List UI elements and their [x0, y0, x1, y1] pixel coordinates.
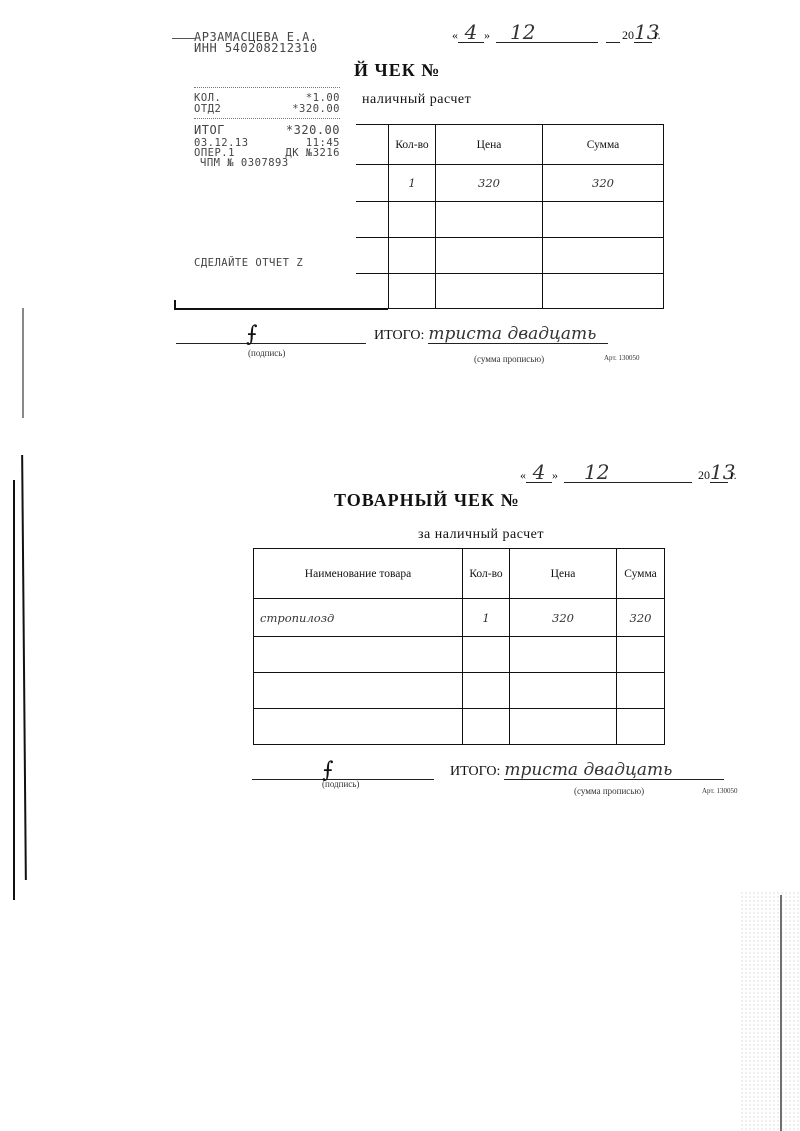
table-row	[389, 202, 664, 238]
cell-qty	[463, 709, 510, 745]
date-year-suffix: 13	[634, 22, 652, 43]
top-table-line	[356, 164, 388, 165]
receipt-dept-row: ОТД2 *320.00	[194, 104, 340, 114]
cell-sum: 320	[617, 599, 665, 637]
receipt-total-label: ИТОГ	[194, 125, 225, 135]
cell-price: 320	[510, 599, 617, 637]
receipt-inn: ИНН 540208212310	[194, 43, 318, 53]
signature-caption: (подпись)	[322, 779, 359, 789]
cell-qty	[389, 274, 436, 309]
date-close-quote: »	[484, 28, 490, 43]
signature-line: ⨍	[176, 343, 366, 344]
date-day: 4	[458, 22, 484, 43]
top-check-date: « 4 » 12 20 13 г.	[452, 22, 661, 43]
date-day: 4	[526, 462, 552, 483]
bottom-check-signature-row: ⨍ ИТОГО: триста двадцать	[252, 762, 724, 780]
receipt-qty-label: КОЛ.	[194, 93, 221, 103]
top-table-line	[356, 273, 388, 274]
top-table-corner	[174, 300, 176, 309]
total-label: ИТОГО:	[450, 764, 500, 780]
receipt-qty-row: КОЛ. *1.00	[194, 93, 340, 103]
bottom-check-subtitle: за наличный расчет	[418, 527, 544, 543]
column-header-qty: Кол-во	[463, 549, 510, 599]
bottom-check-date: « 4 » 12 20 13 г.	[520, 462, 737, 483]
top-table-line	[356, 124, 388, 125]
top-table-line	[356, 201, 388, 202]
receipt-dept-value: *320.00	[292, 104, 340, 114]
cell-price	[436, 274, 543, 309]
cell-price	[510, 673, 617, 709]
cell-price	[436, 238, 543, 274]
receipt-footer: СДЕЛАЙТЕ ОТЧЕТ Z	[194, 258, 303, 268]
article-number: Арт. 130050	[604, 354, 640, 362]
scan-noise	[740, 891, 800, 1131]
cell-sum	[543, 238, 664, 274]
top-check-title: Й ЧЕК №	[354, 60, 440, 81]
total-caption: (сумма прописью)	[574, 786, 644, 796]
cell-sum	[543, 274, 664, 309]
cell-qty	[463, 637, 510, 673]
table-row: 1 320 320	[389, 165, 664, 202]
receipt-qty-value: *1.00	[306, 93, 340, 103]
scan-edge-line	[21, 455, 27, 880]
table-header-row: Наименование товара Кол-во Цена Сумма	[254, 549, 665, 599]
date-year-suffix: 13	[710, 462, 728, 483]
cell-sum	[617, 637, 665, 673]
cell-sum	[617, 673, 665, 709]
total-words: триста двадцать	[504, 762, 724, 780]
total-label: ИТОГО:	[374, 328, 424, 344]
date-year-unit: г.	[654, 28, 661, 43]
scan-edge-line	[22, 308, 24, 418]
table-row	[389, 238, 664, 274]
cell-qty	[389, 238, 436, 274]
signature-scribble: ⨍	[246, 321, 257, 347]
table-row	[389, 274, 664, 309]
receipt-divider	[194, 118, 340, 119]
scan-edge-line	[13, 480, 15, 900]
receipt-total-row: ИТОГ *320.00	[194, 125, 340, 135]
cell-name: стропилозд	[254, 599, 463, 637]
receipt-divider	[194, 87, 340, 88]
cell-sum: 320	[543, 165, 664, 202]
cell-qty	[463, 673, 510, 709]
bottom-check-title: ТОВАРНЫЙ ЧЕК №	[334, 490, 520, 511]
cell-sum	[543, 202, 664, 238]
cell-qty	[389, 202, 436, 238]
date-month: 12	[496, 22, 598, 43]
cell-name	[254, 709, 463, 745]
article-number: Арт. 130050	[702, 787, 738, 795]
table-header-row: Кол-во Цена Сумма	[389, 125, 664, 165]
cell-name	[254, 637, 463, 673]
cell-qty: 1	[389, 165, 436, 202]
total-caption: (сумма прописью)	[474, 354, 544, 364]
receipt-total-value: *320.00	[286, 125, 340, 135]
date-month-tail	[606, 42, 620, 43]
cell-sum	[617, 709, 665, 745]
table-row	[254, 709, 665, 745]
top-check-table: Кол-во Цена Сумма 1 320 320	[388, 124, 664, 309]
table-row	[254, 673, 665, 709]
cell-price	[510, 637, 617, 673]
column-header-sum: Сумма	[617, 549, 665, 599]
column-header-sum: Сумма	[543, 125, 664, 165]
column-header-price: Цена	[436, 125, 543, 165]
top-table-line	[356, 237, 388, 238]
cell-name	[254, 673, 463, 709]
table-row: стропилозд 1 320 320	[254, 599, 665, 637]
cash-register-receipt: АРЗАМАСЦЕВА Е.А. ИНН 540208212310 КОЛ. *…	[170, 30, 380, 300]
date-year-prefix: 20	[698, 468, 710, 483]
top-table-bottom-line	[174, 308, 388, 310]
column-header-name: Наименование товара	[254, 549, 463, 599]
cell-price	[510, 709, 617, 745]
cell-qty: 1	[463, 599, 510, 637]
top-check-subtitle: наличный расчет	[362, 92, 471, 108]
date-month: 12	[564, 462, 692, 483]
cell-price: 320	[436, 165, 543, 202]
column-header-qty: Кол-во	[389, 125, 436, 165]
table-row	[254, 637, 665, 673]
signature-caption: (подпись)	[248, 348, 285, 358]
receipt-kkm-number: ЧПМ № 0307893	[200, 158, 289, 168]
receipt-dept-label: ОТД2	[194, 104, 221, 114]
receipt-doc-number: ДК №3216	[285, 148, 340, 158]
total-words: триста двадцать	[428, 326, 608, 344]
column-header-price: Цена	[510, 549, 617, 599]
date-year-prefix: 20	[622, 28, 634, 43]
date-close-quote: »	[552, 468, 558, 483]
top-check-signature-row: ⨍ ИТОГО: триста двадцать	[176, 326, 608, 344]
cell-price	[436, 202, 543, 238]
date-year-unit: г.	[730, 468, 737, 483]
bottom-check-table: Наименование товара Кол-во Цена Сумма ст…	[253, 548, 665, 745]
